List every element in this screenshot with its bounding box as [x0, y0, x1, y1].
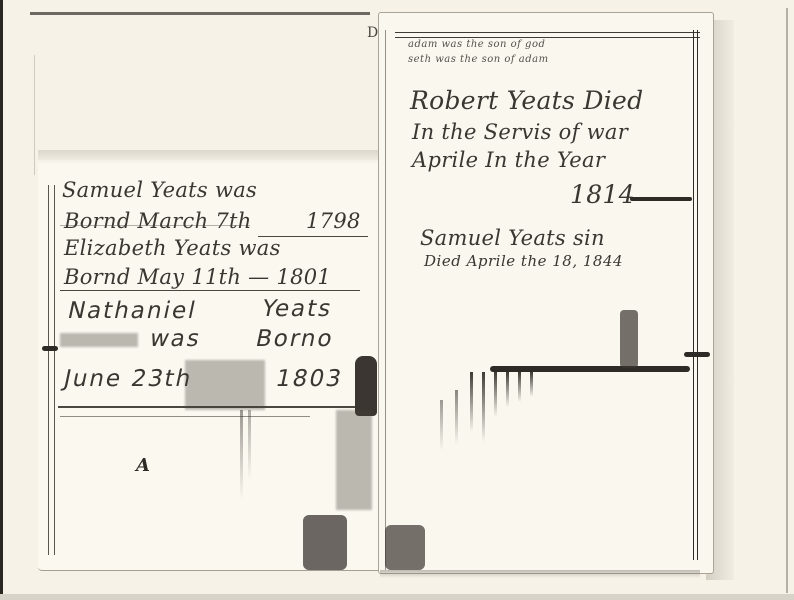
- page-edge: [786, 8, 788, 593]
- margin-mark: D: [367, 26, 378, 40]
- ink-stain: [185, 360, 265, 410]
- ink-flourish: [630, 197, 692, 201]
- entry-elizabeth-line2: Bornd May 11th — 1801: [64, 267, 331, 288]
- entry-samuel-line1: Samuel Yeats was: [62, 180, 257, 201]
- ink-drip: [455, 390, 458, 445]
- header-rule: [395, 37, 700, 38]
- ink-stain: [303, 515, 347, 570]
- entry-robert-line1: Robert Yeats Died: [410, 88, 643, 113]
- top-torn-edge: [30, 12, 370, 15]
- entry-nathaniel-was: was: [148, 328, 204, 351]
- entry-nathaniel-born: Borno: [254, 328, 336, 351]
- faint-rule: [34, 55, 35, 175]
- ink-drip: [506, 372, 509, 407]
- entry-samuel-line2: Bornd March 7th: [64, 211, 252, 232]
- margin-rule: [48, 185, 49, 555]
- scan-bottom-edge: [0, 594, 794, 600]
- ink-stain: [336, 410, 372, 510]
- ink-drip: [494, 372, 497, 417]
- ruled-line: [60, 225, 250, 226]
- entry-elizabeth-line1: Elizabeth Yeats was: [64, 238, 281, 259]
- ink-drip: [518, 372, 521, 402]
- header-line-2: seth was the son of adam: [408, 55, 549, 65]
- ink-drip: [530, 372, 533, 397]
- scanned-document: Samuel Yeats was Bornd March 7th 1798 El…: [0, 0, 794, 600]
- scan-edge: [0, 0, 3, 600]
- entry-robert-line2: In the Servis of war: [412, 122, 628, 143]
- margin-rule: [697, 30, 698, 560]
- entry-nathaniel-first: Nathaniel: [66, 300, 199, 323]
- header-line-1: adam was the son of god: [408, 40, 545, 50]
- ink-drip: [440, 400, 443, 450]
- ink-drip: [482, 372, 485, 442]
- page-mark-a: A: [136, 455, 150, 476]
- ink-mark: [684, 352, 710, 357]
- ink-drip: [248, 410, 251, 480]
- ink-mark: [42, 346, 58, 351]
- entry-robert-line3: Aprile In the Year: [412, 150, 605, 171]
- margin-rule: [54, 185, 55, 555]
- crossed-out-mark: [60, 333, 138, 347]
- entry-robert-year: 1814: [570, 182, 635, 207]
- entry-samuel-sr-line1: Samuel Yeats sin: [420, 228, 605, 249]
- ruled-line: [60, 290, 360, 291]
- entry-samuel-sr-line2: Died Aprile the 18, 1844: [424, 254, 623, 269]
- margin-rule: [693, 30, 694, 560]
- fold-line: [385, 30, 386, 570]
- entry-nathaniel-date: June 23th: [62, 368, 195, 391]
- ink-stain: [355, 356, 377, 416]
- torn-edge: [38, 150, 388, 164]
- page-shadow: [380, 570, 700, 578]
- ink-drip: [470, 372, 473, 432]
- flourish-line: [60, 416, 310, 417]
- header-rule: [395, 32, 700, 33]
- ink-stain: [385, 525, 425, 570]
- entry-nathaniel-last: Yeats: [260, 298, 335, 321]
- ink-stain: [620, 310, 638, 368]
- entry-nathaniel-year: 1803: [274, 368, 345, 391]
- entry-samuel-year: 1798: [306, 211, 361, 232]
- ink-drip: [240, 410, 243, 500]
